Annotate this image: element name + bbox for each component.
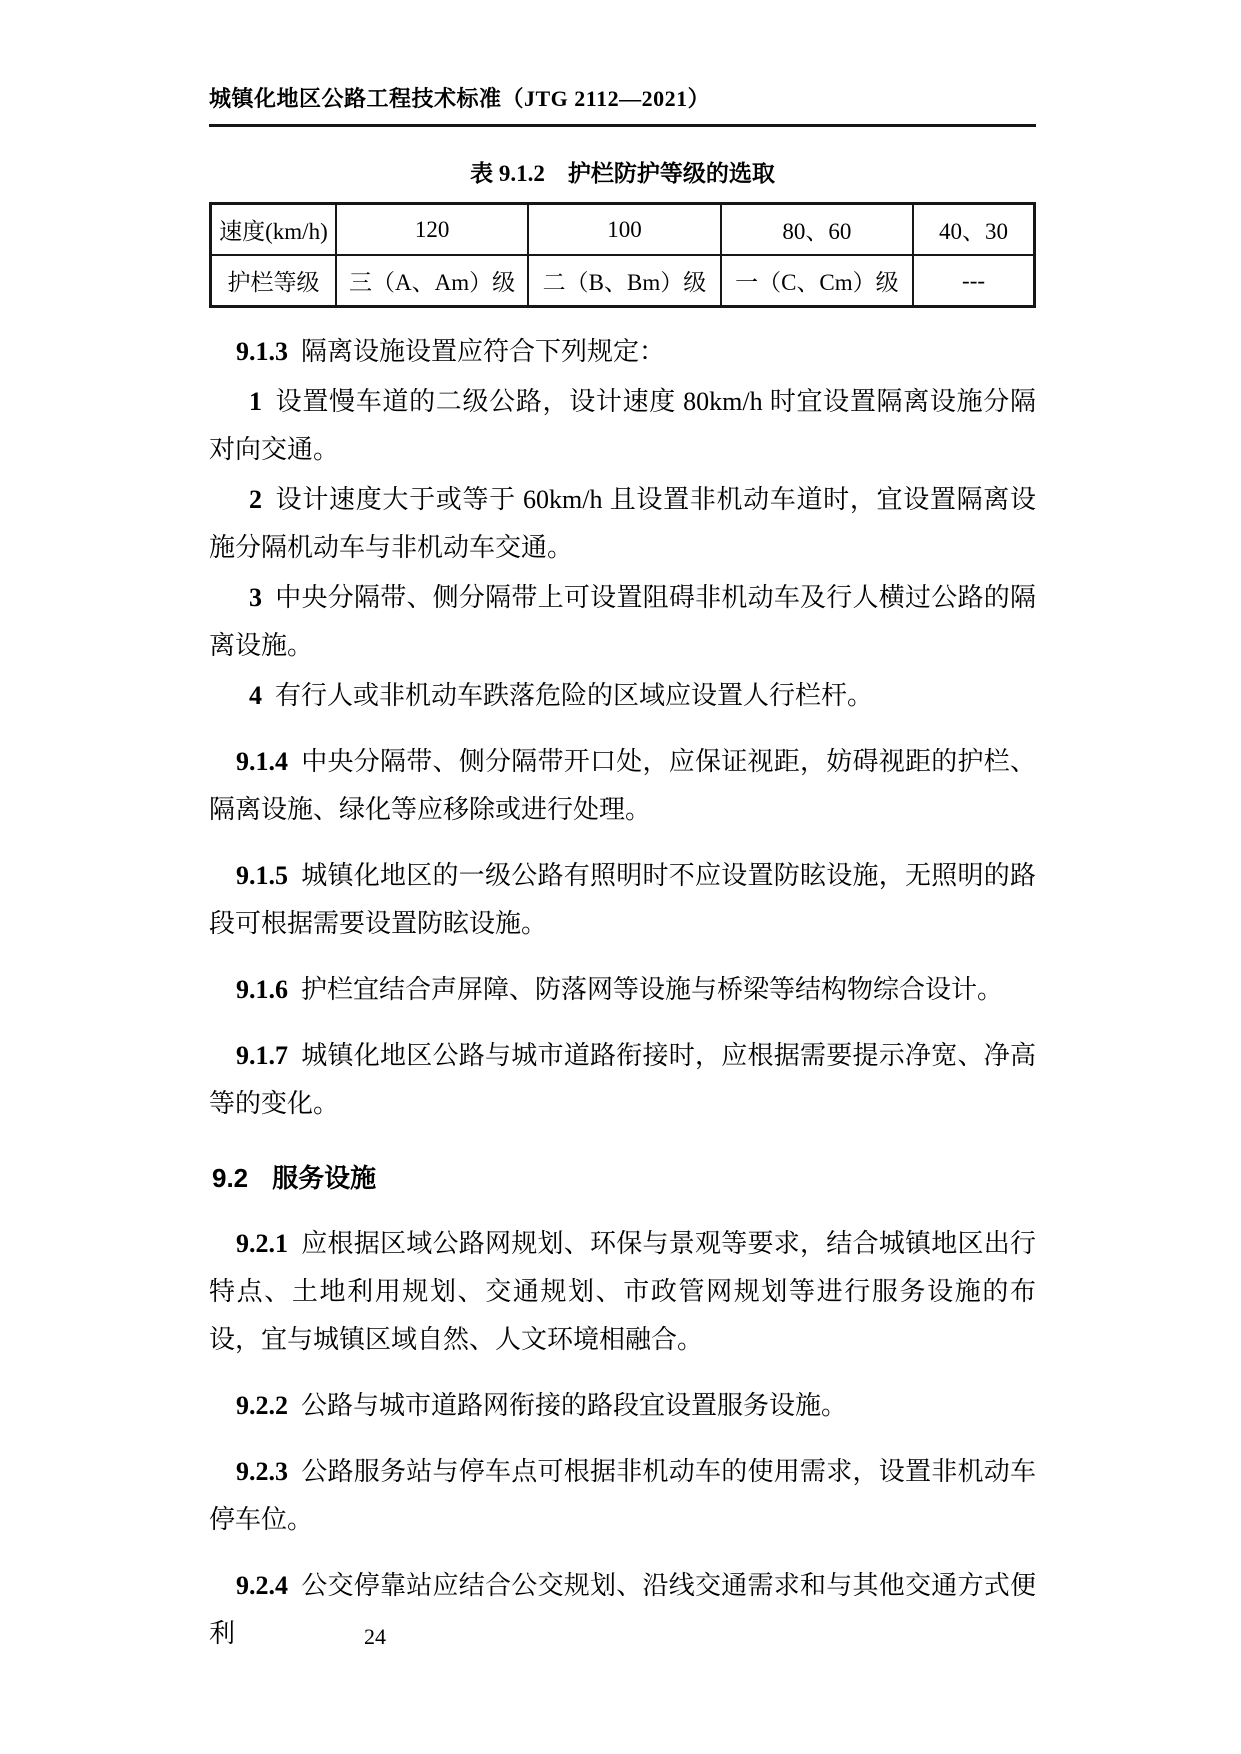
clause-text: 应根据区域公路网规划、环保与景观等要求，结合城镇地区出行特点、土地利用规划、交通… xyxy=(209,1229,1036,1354)
table-cell-grade-a: 三（A、Am）级 xyxy=(336,255,528,307)
clause-text: 公路服务站与停车点可根据非机动车的使用需求，设置非机动车停车位。 xyxy=(209,1457,1036,1534)
table-cell-grade-none: --- xyxy=(913,255,1034,307)
guardrail-grade-table: 速度(km/h) 120 100 80、60 40、30 护栏等级 三（A、Am… xyxy=(209,202,1036,308)
table-cell-grade-b: 二（B、Bm）级 xyxy=(528,255,720,307)
item-text: 设计速度大于或等于 60km/h 且设置非机动车道时，宜设置隔离设施分隔机动车与… xyxy=(209,485,1036,562)
clause-number: 9.1.5 xyxy=(236,861,288,890)
clause-number: 9.2.2 xyxy=(236,1391,288,1420)
table-cell-speed-label: 速度(km/h) xyxy=(211,204,336,256)
clause-9-1-6: 9.1.6护栏宜结合声屏障、防落网等设施与桥梁等结构物综合设计。 xyxy=(209,966,1036,1014)
clause-9-1-3: 9.1.3隔离设施设置应符合下列规定： xyxy=(209,328,1036,376)
table-cell-speed-100: 100 xyxy=(528,204,720,256)
clause-number: 9.1.3 xyxy=(236,337,288,366)
item-text: 中央分隔带、侧分隔带上可设置阻碍非机动车及行人横过公路的隔离设施。 xyxy=(209,583,1036,660)
item-text: 设置慢车道的二级公路，设计速度 80km/h 时宜设置隔离设施分隔对向交通。 xyxy=(209,387,1036,464)
content-area: 城镇化地区公路工程技术标准（JTG 2112—2021） 表 9.1.2 护栏防… xyxy=(209,0,1036,1658)
table-cell-speed-40-30: 40、30 xyxy=(913,204,1034,256)
clause-number: 9.1.6 xyxy=(236,975,288,1004)
table-row-grade: 护栏等级 三（A、Am）级 二（B、Bm）级 一（C、Cm）级 --- xyxy=(211,255,1035,307)
clause-9-1-3-item-2: 2设计速度大于或等于 60km/h 且设置非机动车道时，宜设置隔离设施分隔机动车… xyxy=(209,476,1036,572)
table-cell-grade-label: 护栏等级 xyxy=(211,255,336,307)
clause-9-2-2: 9.2.2公路与城市道路网衔接的路段宜设置服务设施。 xyxy=(209,1382,1036,1430)
clause-text: 隔离设施设置应符合下列规定： xyxy=(301,337,665,366)
clause-text: 城镇化地区的一级公路有照明时不应设置防眩设施，无照明的路段可根据需要设置防眩设施… xyxy=(209,861,1036,938)
clause-text: 护栏宜结合声屏障、防落网等设施与桥梁等结构物综合设计。 xyxy=(301,975,1003,1004)
table-row-speed: 速度(km/h) 120 100 80、60 40、30 xyxy=(211,204,1035,256)
table-cell-speed-80-60: 80、60 xyxy=(721,204,913,256)
page-number: 24 xyxy=(0,1624,750,1650)
body-text: 9.1.3隔离设施设置应符合下列规定： 1设置慢车道的二级公路，设计速度 80k… xyxy=(209,328,1036,1658)
table-cell-speed-120: 120 xyxy=(336,204,528,256)
clause-text: 中央分隔带、侧分隔带开口处，应保证视距，妨碍视距的护栏、隔离设施、绿化等应移除或… xyxy=(209,747,1036,824)
clause-9-2-3: 9.2.3公路服务站与停车点可根据非机动车的使用需求，设置非机动车停车位。 xyxy=(209,1448,1036,1544)
clause-number: 9.1.7 xyxy=(236,1041,288,1070)
clause-9-1-3-item-4: 4有行人或非机动车跌落危险的区域应设置人行栏杆。 xyxy=(209,672,1036,720)
section-title: 服务设施 xyxy=(272,1163,376,1193)
clause-number: 9.2.4 xyxy=(236,1571,288,1600)
clause-number: 9.2.1 xyxy=(236,1229,288,1258)
section-heading-9-2: 9.2服务设施 xyxy=(209,1154,1036,1202)
clause-9-1-3-item-1: 1设置慢车道的二级公路，设计速度 80km/h 时宜设置隔离设施分隔对向交通。 xyxy=(209,378,1036,474)
clause-9-1-4: 9.1.4中央分隔带、侧分隔带开口处，应保证视距，妨碍视距的护栏、隔离设施、绿化… xyxy=(209,738,1036,834)
clause-9-1-7: 9.1.7城镇化地区公路与城市道路衔接时，应根据需要提示净宽、净高等的变化。 xyxy=(209,1032,1036,1128)
clause-9-1-5: 9.1.5城镇化地区的一级公路有照明时不应设置防眩设施，无照明的路段可根据需要设… xyxy=(209,852,1036,948)
document-page: 城镇化地区公路工程技术标准（JTG 2112—2021） 表 9.1.2 护栏防… xyxy=(0,0,1241,1754)
clause-9-2-1: 9.2.1应根据区域公路网规划、环保与景观等要求，结合城镇地区出行特点、土地利用… xyxy=(209,1220,1036,1364)
clause-text: 城镇化地区公路与城市道路衔接时，应根据需要提示净宽、净高等的变化。 xyxy=(209,1041,1036,1118)
table-caption: 表 9.1.2 护栏防护等级的选取 xyxy=(209,155,1036,188)
item-number: 4 xyxy=(249,681,262,710)
item-number: 3 xyxy=(249,583,262,612)
clause-text: 公路与城市道路网衔接的路段宜设置服务设施。 xyxy=(301,1391,847,1420)
document-title: 城镇化地区公路工程技术标准（JTG 2112—2021） xyxy=(209,82,1036,127)
section-number: 9.2 xyxy=(212,1163,248,1193)
clause-9-1-3-item-3: 3中央分隔带、侧分隔带上可设置阻碍非机动车及行人横过公路的隔离设施。 xyxy=(209,574,1036,670)
item-number: 2 xyxy=(249,485,262,514)
item-number: 1 xyxy=(249,387,262,416)
clause-number: 9.1.4 xyxy=(236,747,288,776)
item-text: 有行人或非机动车跌落危险的区域应设置人行栏杆。 xyxy=(275,681,873,710)
table-cell-grade-c: 一（C、Cm）级 xyxy=(721,255,913,307)
clause-number: 9.2.3 xyxy=(236,1457,288,1486)
